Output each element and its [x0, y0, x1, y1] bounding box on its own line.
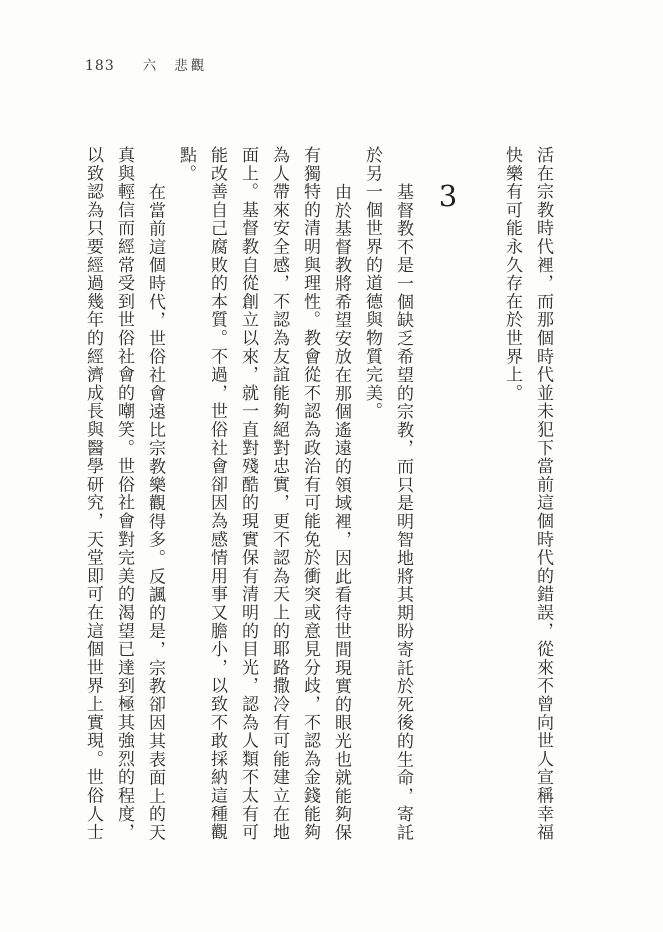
- book-page: 183 六 悲觀 活在宗教時代裡，而那個時代並未犯下當前這個時代的錯誤，從來不曾…: [0, 0, 663, 932]
- section-number: 3: [428, 146, 468, 846]
- chapter-title: 悲觀: [174, 54, 207, 74]
- paragraph: 基督教不是一個缺乏希望的宗教，而只是明智地將其期盼寄託於死後的生命，寄託於另一個…: [356, 146, 418, 846]
- paragraph: 由於基督教將希望安放在那個遙遠的領域裡，因此看待世間現實的眼光也就能夠保有獨特的…: [170, 146, 356, 846]
- vertical-text-block: 活在宗教時代裡，而那個時代並未犯下當前這個時代的錯誤，從來不曾向世人宣稱幸福快樂…: [77, 146, 558, 846]
- chapter-number: 六: [143, 54, 158, 74]
- paragraph-continuation: 活在宗教時代裡，而那個時代並未犯下當前這個時代的錯誤，從來不曾向世人宣稱幸福快樂…: [496, 146, 558, 846]
- paragraph: 在當前這個時代，世俗社會遠比宗教樂觀得多。反諷的是，宗教卻因其表面上的天真與輕信…: [77, 146, 170, 846]
- running-header: 183 六 悲觀: [85, 54, 207, 74]
- page-number: 183: [85, 58, 115, 74]
